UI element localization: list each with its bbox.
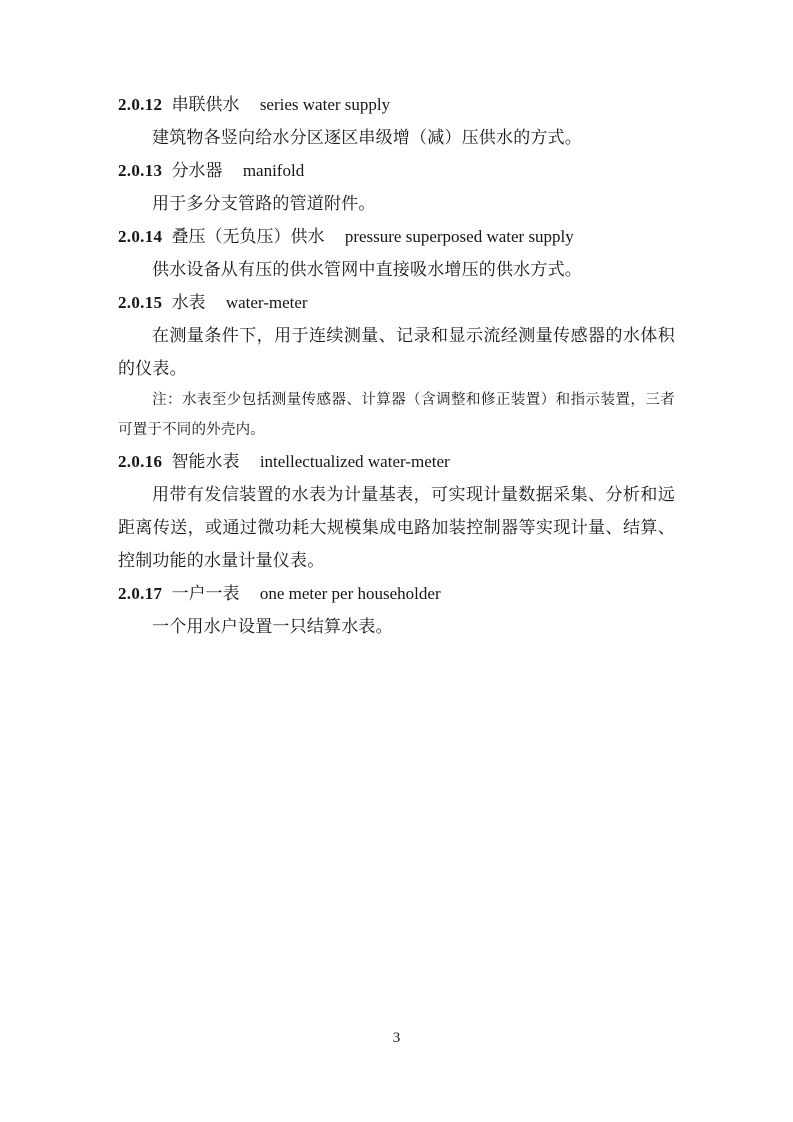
term-entry-2013: 2.0.13 分水器 manifold 用于多分支管路的管道附件。 (118, 154, 675, 220)
term-english: one meter per householder (260, 584, 441, 603)
term-english: intellectualized water-meter (260, 452, 450, 471)
term-id: 2.0.14 (118, 227, 162, 246)
term-id: 2.0.15 (118, 293, 162, 312)
term-entry-2012: 2.0.12 串联供水 series water supply 建筑物各竖向给水… (118, 88, 675, 154)
terminology-content: 2.0.12 串联供水 series water supply 建筑物各竖向给水… (118, 88, 675, 643)
term-id: 2.0.13 (118, 161, 162, 180)
term-chinese: 水表 (172, 293, 206, 312)
document-page: 2.0.12 串联供水 series water supply 建筑物各竖向给水… (0, 0, 793, 1122)
term-heading: 2.0.14 叠压（无负压）供水 pressure superposed wat… (118, 220, 675, 253)
term-heading: 2.0.17 一户一表 one meter per householder (118, 577, 675, 610)
term-entry-2016: 2.0.16 智能水表 intellectualized water-meter… (118, 445, 675, 577)
term-heading: 2.0.16 智能水表 intellectualized water-meter (118, 445, 675, 478)
term-definition: 供水设备从有压的供水管网中直接吸水增压的供水方式。 (118, 253, 675, 286)
term-heading: 2.0.15 水表 water-meter (118, 286, 675, 319)
term-chinese: 分水器 (172, 161, 223, 180)
term-entry-2014: 2.0.14 叠压（无负压）供水 pressure superposed wat… (118, 220, 675, 286)
term-definition: 建筑物各竖向给水分区逐区串级增（减）压供水的方式。 (118, 121, 675, 154)
term-chinese: 串联供水 (172, 95, 240, 114)
term-definition: 一个用水户设置一只结算水表。 (118, 610, 675, 643)
page-number: 3 (0, 1028, 793, 1048)
term-chinese: 叠压（无负压）供水 (172, 227, 325, 246)
term-heading: 2.0.12 串联供水 series water supply (118, 88, 675, 121)
term-id: 2.0.16 (118, 452, 162, 471)
term-definition: 用带有发信装置的水表为计量基表，可实现计量数据采集、分析和远距离传送，或通过微功… (118, 478, 675, 577)
term-note: 注：水表至少包括测量传感器、计算器（含调整和修正装置）和指示装置，三者可置于不同… (118, 385, 675, 445)
term-english: series water supply (260, 95, 390, 114)
term-english: pressure superposed water supply (345, 227, 574, 246)
term-definition: 在测量条件下，用于连续测量、记录和显示流经测量传感器的水体积的仪表。 (118, 319, 675, 385)
term-entry-2015: 2.0.15 水表 water-meter 在测量条件下，用于连续测量、记录和显… (118, 286, 675, 445)
term-entry-2017: 2.0.17 一户一表 one meter per householder 一个… (118, 577, 675, 643)
term-definition: 用于多分支管路的管道附件。 (118, 187, 675, 220)
term-id: 2.0.12 (118, 95, 162, 114)
term-english: water-meter (226, 293, 308, 312)
term-english: manifold (243, 161, 304, 180)
term-id: 2.0.17 (118, 584, 162, 603)
term-chinese: 智能水表 (172, 452, 240, 471)
term-heading: 2.0.13 分水器 manifold (118, 154, 675, 187)
term-chinese: 一户一表 (172, 584, 240, 603)
